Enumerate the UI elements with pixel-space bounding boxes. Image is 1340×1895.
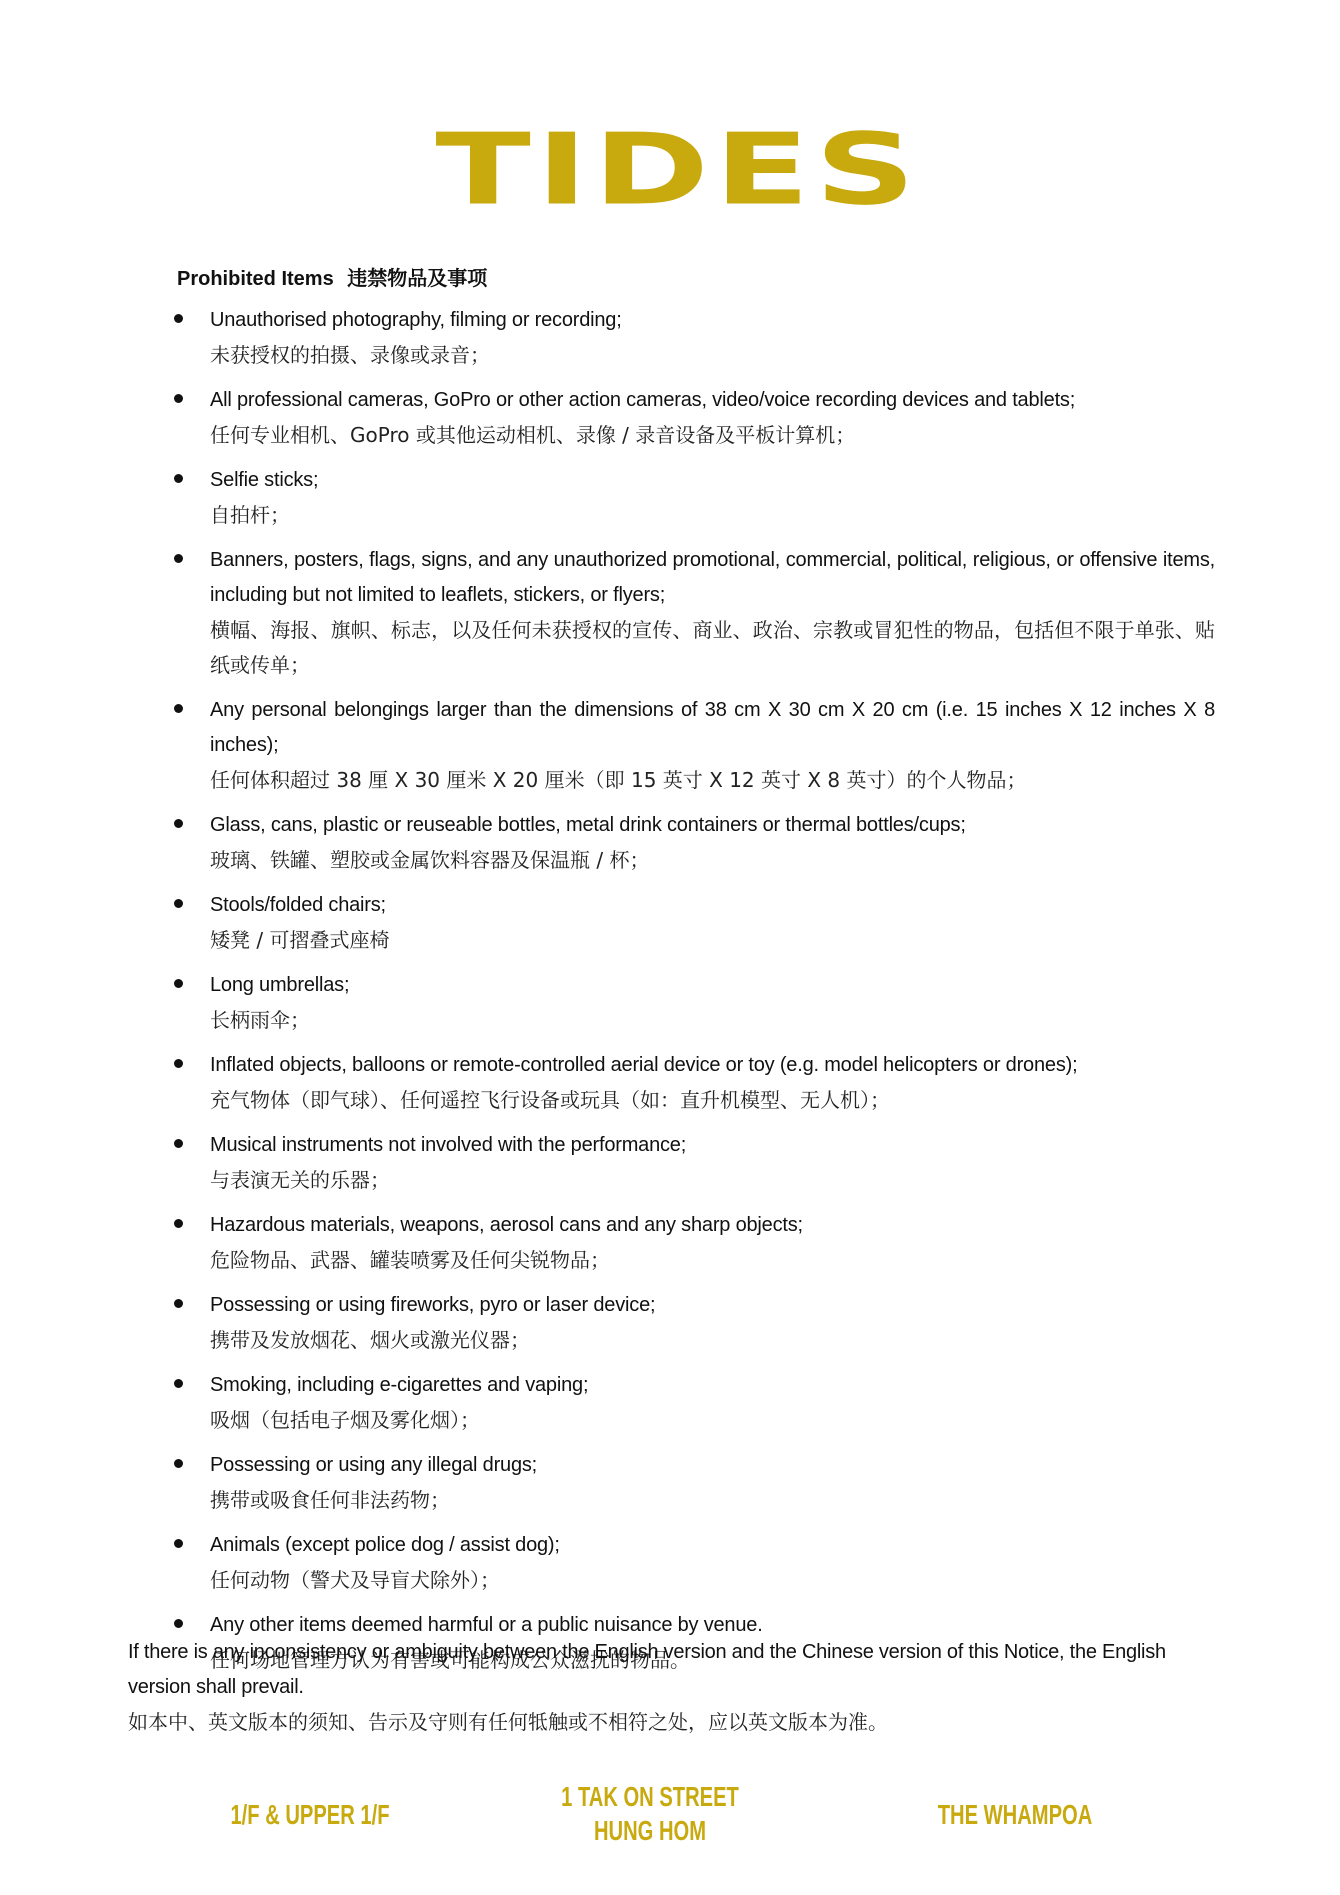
footer-address: 1 TAK ON STREET HUNG HOM: [528, 1780, 773, 1848]
bullet-icon: [174, 1299, 183, 1308]
bullet-icon: [174, 1379, 183, 1388]
list-item: Unauthorised photography, filming or rec…: [170, 303, 1215, 373]
list-item: Any personal belongings larger than the …: [170, 693, 1215, 798]
item-text-en: Any personal belongings larger than the …: [210, 693, 1215, 763]
list-item: Banners, posters, flags, signs, and any …: [170, 543, 1215, 683]
list-item: Glass, cans, plastic or reuseable bottle…: [170, 808, 1215, 878]
item-text-zh: 吸烟（包括电子烟及雾化烟）；: [210, 1403, 1215, 1438]
footer-floor: 1/F & UPPER 1/F: [188, 1798, 433, 1832]
list-item: Long umbrellas; 长柄雨伞；: [170, 968, 1215, 1038]
list-item: Animals (except police dog / assist dog)…: [170, 1528, 1215, 1598]
venue-footer: 1/F & UPPER 1/F 1 TAK ON STREET HUNG HOM…: [0, 1780, 1340, 1860]
item-text-en: Smoking, including e-cigarettes and vapi…: [210, 1368, 1215, 1403]
item-text-zh: 危险物品、武器、罐装喷雾及任何尖锐物品；: [210, 1243, 1215, 1278]
item-text-en: Possessing or using fireworks, pyro or l…: [210, 1288, 1215, 1323]
item-text-zh: 携带或吸食任何非法药物；: [210, 1483, 1215, 1518]
notice-en: If there is any inconsistency or ambigui…: [128, 1635, 1218, 1705]
bullet-icon: [174, 704, 183, 713]
footer-venue-name: THE WHAMPOA: [893, 1798, 1138, 1832]
bullet-icon: [174, 819, 183, 828]
page-heading: Prohibited Items 违禁物品及事项: [177, 262, 487, 291]
list-item: Hazardous materials, weapons, aerosol ca…: [170, 1208, 1215, 1278]
bullet-icon: [174, 1139, 183, 1148]
item-text-zh: 任何专业相机、GoPro 或其他运动相机、录像 / 录音设备及平板计算机；: [210, 418, 1215, 453]
item-text-en: Banners, posters, flags, signs, and any …: [210, 543, 1215, 613]
item-text-en: Stools/folded chairs;: [210, 888, 1215, 923]
bullet-icon: [174, 1459, 183, 1468]
footer-address-line2: HUNG HOM: [528, 1814, 773, 1848]
item-text-zh: 长柄雨伞；: [210, 1003, 1215, 1038]
language-notice: If there is any inconsistency or ambigui…: [128, 1635, 1218, 1740]
list-item: Musical instruments not involved with th…: [170, 1128, 1215, 1198]
list-item: Possessing or using fireworks, pyro or l…: [170, 1288, 1215, 1358]
item-text-zh: 自拍杆；: [210, 498, 1215, 533]
item-text-zh: 矮凳 / 可摺叠式座椅: [210, 923, 1215, 958]
item-text-en: Possessing or using any illegal drugs;: [210, 1448, 1215, 1483]
bullet-icon: [174, 394, 183, 403]
bullet-icon: [174, 554, 183, 563]
item-text-en: Glass, cans, plastic or reuseable bottle…: [210, 808, 1215, 843]
list-item: Stools/folded chairs; 矮凳 / 可摺叠式座椅: [170, 888, 1215, 958]
item-text-zh: 充气物体（即气球）、任何遥控飞行设备或玩具（如：直升机模型、无人机）；: [210, 1083, 1215, 1118]
footer-address-line1: 1 TAK ON STREET: [528, 1780, 773, 1814]
item-text-en: Inflated objects, balloons or remote-con…: [210, 1048, 1215, 1083]
item-text-zh: 与表演无关的乐器；: [210, 1163, 1215, 1198]
bullet-icon: [174, 1059, 183, 1068]
bullet-icon: [174, 314, 183, 323]
prohibited-items-list: Unauthorised photography, filming or rec…: [170, 303, 1215, 1688]
bullet-icon: [174, 474, 183, 483]
bullet-icon: [174, 979, 183, 988]
item-text-en: Hazardous materials, weapons, aerosol ca…: [210, 1208, 1215, 1243]
item-text-zh: 玻璃、铁罐、塑胶或金属饮料容器及保温瓶 / 杯；: [210, 843, 1215, 878]
item-text-en: Animals (except police dog / assist dog)…: [210, 1528, 1215, 1563]
item-text-zh: 任何体积超过 38 厘 X 30 厘米 X 20 厘米（即 15 英寸 X 12…: [210, 763, 1215, 798]
brand-logo: TIDES: [353, 126, 1003, 214]
bullet-icon: [174, 899, 183, 908]
heading-en: Prohibited Items: [177, 268, 334, 290]
item-text-en: All professional cameras, GoPro or other…: [210, 383, 1215, 418]
item-text-zh: 未获授权的拍摄、录像或录音；: [210, 338, 1215, 373]
list-item: Selfie sticks; 自拍杆；: [170, 463, 1215, 533]
item-text-en: Unauthorised photography, filming or rec…: [210, 303, 1215, 338]
item-text-en: Musical instruments not involved with th…: [210, 1128, 1215, 1163]
list-item: Smoking, including e-cigarettes and vapi…: [170, 1368, 1215, 1438]
item-text-zh: 任何动物（警犬及导盲犬除外）；: [210, 1563, 1215, 1598]
heading-zh: 违禁物品及事项: [347, 268, 487, 290]
list-item: All professional cameras, GoPro or other…: [170, 383, 1215, 453]
bullet-icon: [174, 1219, 183, 1228]
list-item: Possessing or using any illegal drugs; 携…: [170, 1448, 1215, 1518]
list-item: Inflated objects, balloons or remote-con…: [170, 1048, 1215, 1118]
item-text-en: Selfie sticks;: [210, 463, 1215, 498]
bullet-icon: [174, 1619, 183, 1628]
notice-zh: 如本中、英文版本的须知、告示及守则有任何牴触或不相符之处，应以英文版本为准。: [128, 1705, 1218, 1740]
item-text-zh: 横幅、海报、旗帜、标志，以及任何未获授权的宣传、商业、政治、宗教或冒犯性的物品，…: [210, 613, 1215, 683]
bullet-icon: [174, 1539, 183, 1548]
item-text-en: Long umbrellas;: [210, 968, 1215, 1003]
item-text-zh: 携带及发放烟花、烟火或激光仪器；: [210, 1323, 1215, 1358]
